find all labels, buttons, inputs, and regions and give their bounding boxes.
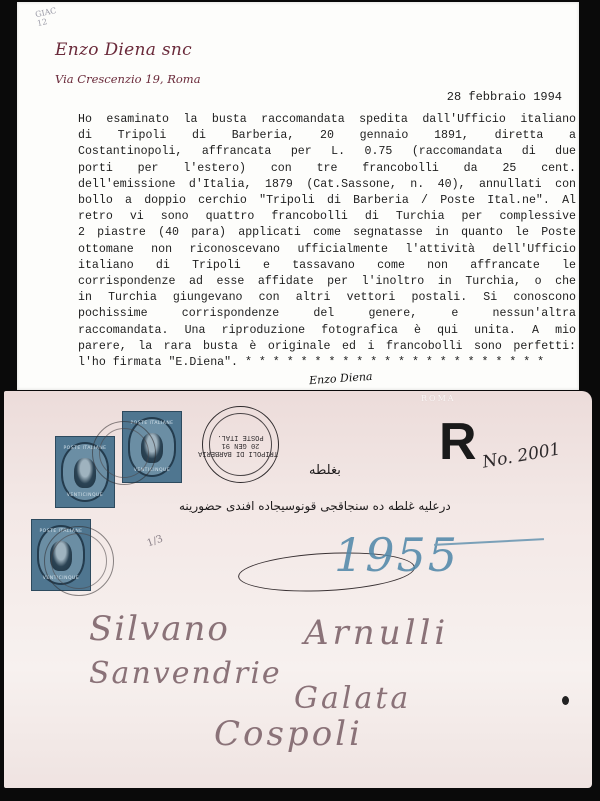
pencil-note: GIAC 12 — [34, 6, 59, 28]
body-line: ottomane non riconoscevano ufficialmente… — [78, 242, 576, 258]
registration-number: No. 2001 — [481, 439, 562, 472]
body-line: bollo a doppio cerchio "Tripoli di Barbe… — [78, 193, 576, 209]
body-line: italiano di Tripoli e tassavano come non… — [78, 258, 576, 274]
body-line: retro vi sono quattro francobolli di Tur… — [78, 209, 576, 225]
body-line: in Turchia giungevano con altri vettori … — [78, 290, 576, 306]
letterhead-address: Via Crescenzio 19, Roma — [55, 72, 201, 86]
body-line: Ho esaminato la busta raccomandata spedi… — [78, 112, 576, 128]
address-line: Silvano — [89, 609, 230, 649]
body-line: di Tripoli di Barberia, 20 gennaio 1891,… — [78, 128, 576, 144]
expert-signature: Enzo Diena — [309, 370, 373, 387]
body-line: pochissime corrispondenze del genere, e … — [78, 306, 576, 322]
body-line: dell'emissione d'Italia, 1879 (Cat.Sasso… — [78, 177, 576, 193]
letterhead-name: Enzo Diena snc — [55, 40, 192, 60]
address-line: Sanvendrie — [89, 656, 282, 691]
body-line: corrispondenze ad esse affidate per l'in… — [78, 274, 576, 290]
certificate-date: 28 febbraio 1994 — [447, 90, 562, 104]
ink-spot — [562, 696, 569, 705]
blue-crayon-number: 1955 — [334, 528, 459, 582]
body-line: parere, la rara busta è originale ed i f… — [78, 339, 576, 355]
body-line: l'ho firmata "E.Diena". * * * * * * * * … — [78, 355, 576, 371]
pencil-mark: 1/3 — [146, 534, 165, 550]
envelope: ROMA POSTE ITALIANE VENTICINQUE POSTE IT… — [4, 391, 592, 788]
postmark-on-stamp — [44, 526, 114, 596]
tripoli-postmark: TRIPOLI DI BARBERIA 20 GEN 91 POSTE ITAL… — [202, 406, 279, 483]
roma-embossing: ROMA — [421, 394, 456, 403]
body-line: porti per l'estero) con tre francobolli … — [78, 161, 576, 177]
address-line: Galata — [294, 681, 411, 716]
body-line: 2 piastre (40 para) applicati come segna… — [78, 225, 576, 241]
ottoman-address: درعلیه غلطه ده سنجاقجی قونوسیجاده افندی … — [179, 499, 451, 513]
expert-certificate: GIAC 12 Enzo Diena snc Via Crescenzio 19… — [17, 2, 579, 390]
postmark-on-stamp — [92, 421, 156, 485]
body-line: Costantinopoli, affrancata per L. 0.75 (… — [78, 144, 576, 160]
address-line: Cospoli — [214, 714, 363, 754]
body-line: raccomandata. Una riproduzione fotografi… — [78, 323, 576, 339]
certificate-body: Ho esaminato la busta raccomandata spedi… — [78, 112, 576, 371]
registered-r-mark: R — [439, 416, 477, 468]
ottoman-annotation: بغلطه — [309, 463, 341, 478]
address-line: Arnulli — [304, 613, 449, 653]
